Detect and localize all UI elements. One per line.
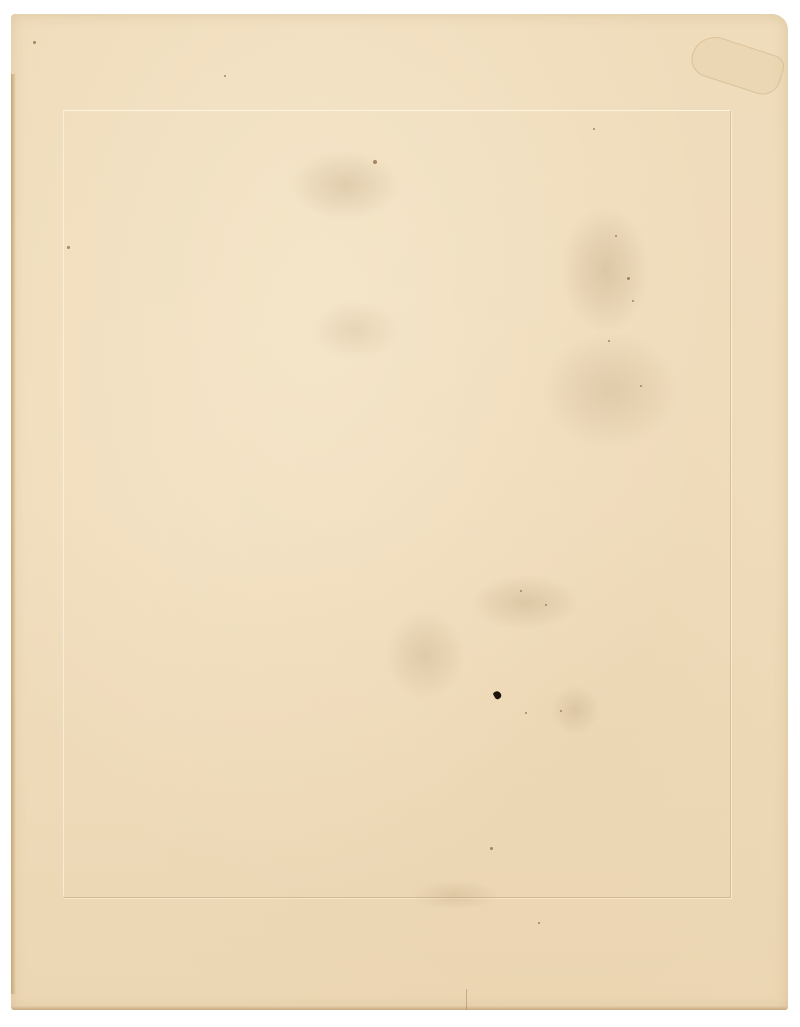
foxing-speck — [560, 710, 562, 712]
foxing-speck — [520, 590, 522, 592]
foxing-speck — [224, 75, 226, 77]
foxing-speck — [627, 277, 630, 280]
paper-bottom-edge — [11, 1006, 788, 1010]
foxing-speck — [525, 712, 527, 714]
foxing-speck — [608, 340, 610, 342]
foxing-stain — [560, 205, 650, 335]
foxing-speck — [632, 300, 634, 302]
paper-left-edge — [11, 74, 16, 994]
aged-paper-sheet — [11, 14, 788, 1010]
foxing-speck — [373, 160, 377, 164]
bottom-edge-crease — [466, 989, 467, 1010]
foxing-stain — [470, 575, 580, 630]
foxing-stain — [310, 300, 400, 360]
foxing-speck — [615, 235, 617, 237]
foxing-speck — [490, 847, 493, 850]
foxing-speck — [33, 41, 36, 44]
water-stain-corner — [687, 31, 787, 99]
foxing-stain — [410, 880, 500, 910]
foxing-speck — [538, 922, 540, 924]
foxing-stain — [540, 330, 680, 450]
foxing-speck — [593, 128, 595, 130]
foxing-speck — [640, 385, 642, 387]
photo-canvas — [0, 0, 800, 1027]
foxing-speck — [67, 246, 70, 249]
foxing-stain — [290, 150, 400, 220]
foxing-stain — [550, 685, 600, 735]
foxing-speck — [545, 604, 547, 606]
foxing-stain — [385, 610, 465, 700]
